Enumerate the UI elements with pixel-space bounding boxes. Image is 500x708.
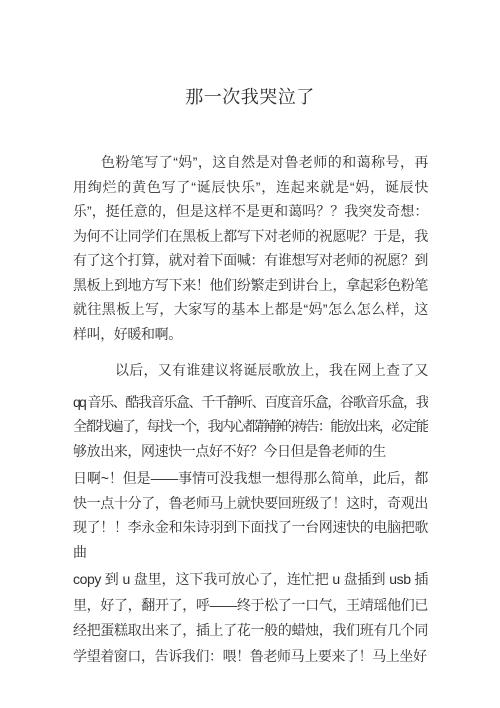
paragraph: 色粉笔写了“妈”，这自然是对鲁老师的和蔼称号，再用绚烂的黄色写了“诞辰快乐”，连… [73,150,428,346]
text-line: 现了！！李永金和朱诗羽到下面找了一台网速快的电脑把歌 [73,515,428,540]
text-line: 以后，又有谁建议将诞辰歌放上，我在网上查了又查， [73,358,428,383]
text-line: 色粉笔写了“妈”，这自然是对鲁老师的和蔼称号，再 [73,150,428,175]
text-line: 快一点十分了，鲁老师马上就快要回班级了！这时，奇观出 [73,491,428,516]
text-line: 经把蛋糕取出来了，插上了花一般的蜡烛，我们班有几个同 [73,618,428,644]
text-line: 样叫，好暖和啊。 [73,322,428,347]
document-body: 色粉笔写了“妈”，这自然是对鲁老师的和蔼称号，再用绚烂的黄色写了“诞辰快乐”，连… [73,150,428,669]
document-page: 那一次我哭泣了 色粉笔写了“妈”，这自然是对鲁老师的和蔼称号，再用绚烂的黄色写了… [0,0,500,708]
page-title: 那一次我哭泣了 [0,84,500,110]
text-line: 日啊~！但是——事情可没我想一想得那么简单，此后，都 [73,466,428,491]
paragraph: qq 音乐、酷我音乐盒、千千静听、百度音乐盒，谷歌音乐盒，我全都找遍了，每找一个… [73,390,428,464]
text-line: 里，好了，翻开了，呼——终于松了一口气，王靖瑶他们已 [73,593,428,619]
text-line: 曲 [73,540,428,565]
text-line: copy 到 u 盘里，这下我可放心了，连忙把 u 盘插到 usb 插口 [73,567,428,593]
text-line: 乐”，挺任意的，但是这样不是更和蔼吗？？我突发奇想： [73,199,428,224]
paragraph: 日啊~！但是——事情可没我想一想得那么简单，此后，都快一点十分了，鲁老师马上就快… [73,466,428,564]
text-line: 有了这个打算，就对着下面喊：有谁想写对老师的祝愿？到 [73,248,428,273]
text-line: 为何不让同学们在黑板上都写下对老师的祝愿呢？于是，我 [73,224,428,249]
text-line: 全都找遍了，每找一个，我内心都静静的祷告：能放出来，必定能 [73,414,428,439]
text-line: 够放出来，网速快一点好不好？今日但是鲁老师的生 [73,439,428,464]
paragraph: copy 到 u 盘里，这下我可放心了，连忙把 u 盘插到 usb 插口里，好了… [73,567,428,669]
text-line: 就往黑板上写，大家写的基本上都是“妈”怎么怎么样，这 [73,297,428,322]
text-line: 学望着窗口，告诉我们：喂！鲁老师马上要来了！马上坐好 [73,644,428,670]
text-line: 用绚烂的黄色写了“诞辰快乐”，连起来就是“妈，诞辰快 [73,175,428,200]
paragraph: 以后，又有谁建议将诞辰歌放上，我在网上查了又查， [73,358,428,383]
text-line: qq 音乐、酷我音乐盒、千千静听、百度音乐盒，谷歌音乐盒，我 [73,390,428,415]
text-line: 黑板上到地方写下来！他们纷繁走到讲台上，拿起彩色粉笔 [73,273,428,298]
